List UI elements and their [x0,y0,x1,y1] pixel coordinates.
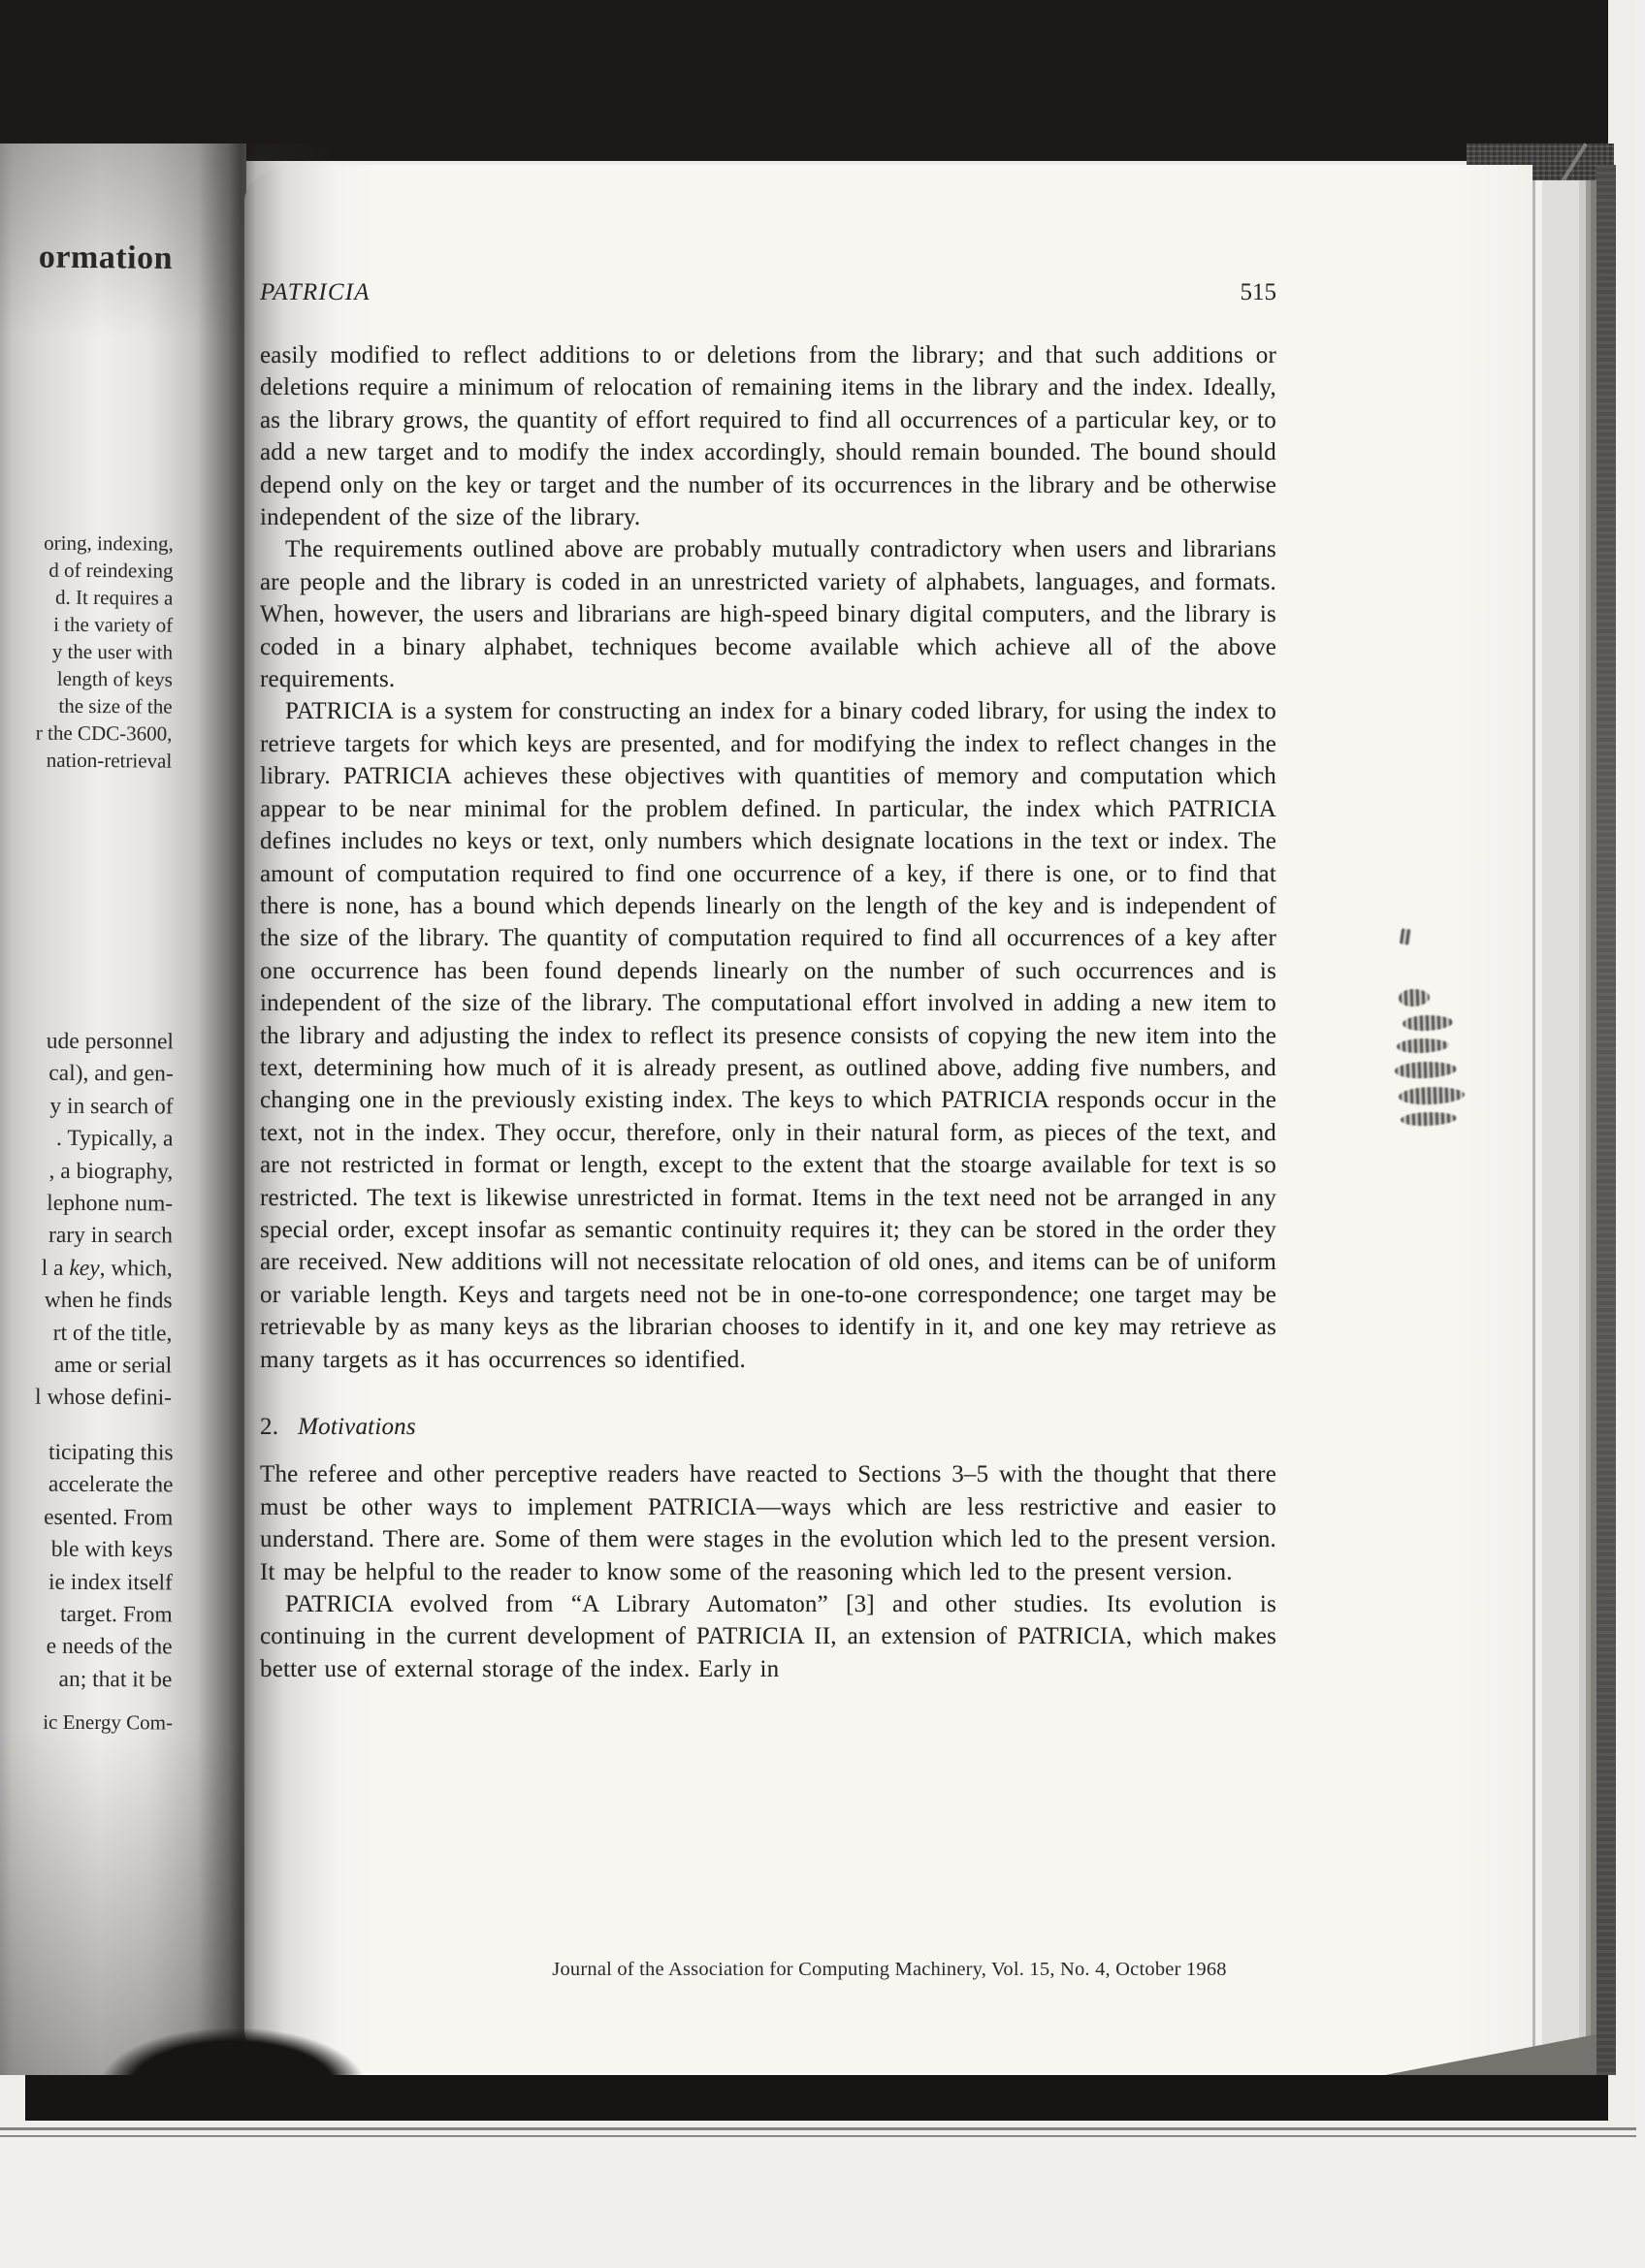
facing-page-fragment-line: when he finds [0,1285,173,1318]
page-stack-edge [1532,180,1597,2075]
ink-smudge [1400,928,1411,944]
paragraph: PATRICIA is a system for constructing an… [260,695,1276,1376]
facing-page-fragment-line: the size of the [0,691,173,719]
page-number: 515 [1241,279,1277,306]
book-cover-top-band [0,0,1608,161]
facing-page-fragment-line: nation-retrieval [0,746,172,774]
facing-page-fragment-line: rary in search [0,1220,173,1253]
book-photo: ormation oring, indexing, d of reindexin… [0,0,1636,2130]
ink-smudge-group [1395,921,1492,1134]
facing-page-footnote-fragment: ic Energy Com- [0,1710,173,1736]
facing-page-fragment-line: an; that it be [0,1663,172,1696]
ink-smudge [1399,988,1431,1006]
facing-page-text-block-c: ticipating this accelerate the esented. … [0,1437,174,1697]
gutter-bottom-shadow [102,2028,364,2079]
book-cover-bottom-band [25,2075,1608,2121]
journal-footer: Journal of the Association for Computing… [244,1959,1534,1981]
facing-page-fragment-line: , a biography, [0,1155,173,1188]
facing-page-fragment-line: d of reindexing [0,556,173,584]
facing-page-fragment-line: i the variety of [0,610,173,638]
facing-page-fragment-line: ude personnel [1,1026,174,1059]
paragraph: PATRICIA evolved from “A Library Automat… [260,1588,1276,1685]
ink-smudge [1395,1061,1458,1079]
facing-page-fragment-line: esented. From [0,1501,173,1534]
ink-smudge [1397,1038,1449,1054]
facing-page-fragment-line: lephone num- [0,1188,173,1221]
facing-page-fragment-line: ticipating this [1,1437,174,1470]
paragraph: The referee and other perceptive readers… [260,1458,1276,1588]
facing-page-fragment-line: r the CDC-3600, [0,719,173,747]
facing-page-heading-fragment: ormation [0,239,173,277]
paragraph: The requirements outlined above are prob… [260,533,1276,695]
facing-page-fragment-line: ble with keys [0,1534,173,1567]
facing-page-fragment-line: cal), and gen- [1,1058,174,1091]
facing-page-fragment-line: l whose defini- [0,1382,172,1415]
facing-page-fragment-line: length of keys [0,664,173,692]
facing-page-fragment-line: y in search of [1,1090,174,1123]
photo-bottom-edge [0,2135,1636,2137]
facing-page-text-block-b: ude personnel cal), and gen- y in search… [0,1026,174,1416]
ink-smudge [1403,1014,1454,1032]
facing-page-text-block-a: oring, indexing, d of reindexing d. It r… [0,528,174,774]
facing-page-fragment-line: . Typically, a [0,1123,173,1156]
facing-page-fragment-line: y the user with [0,637,173,665]
article-body: easily modified to reflect additions to … [260,339,1276,1685]
section-number: 2. [260,1414,278,1440]
facing-page-fragment-line: e needs of the [0,1631,173,1664]
paragraph-continued: easily modified to reflect additions to … [260,339,1276,533]
binding-cloth-right [1597,165,1616,2075]
scanned-journal-page: ormation oring, indexing, d of reindexin… [0,0,1645,2268]
running-head: PATRICIA 515 [260,279,1276,306]
facing-page-fragment-line: ame or serial [0,1350,172,1383]
section-heading: 2.Motivations [260,1411,1276,1443]
facing-page-fragment-line: ie index itself [0,1566,173,1599]
section-title: Motivations [298,1414,416,1440]
facing-page-fragment-line: target. From [0,1599,173,1632]
ink-smudge [1401,1111,1457,1127]
facing-page-fragment-line: accelerate the [0,1469,173,1502]
running-head-title: PATRICIA [260,279,371,306]
facing-page-fragment-line: d. It requires a [0,583,173,611]
ink-smudge [1399,1086,1466,1105]
facing-page-fragment-line: oring, indexing, [1,528,174,557]
facing-page-fragment-line: rt of the title, [0,1317,172,1350]
facing-page-fragment-line: l a key, which, [0,1252,173,1285]
